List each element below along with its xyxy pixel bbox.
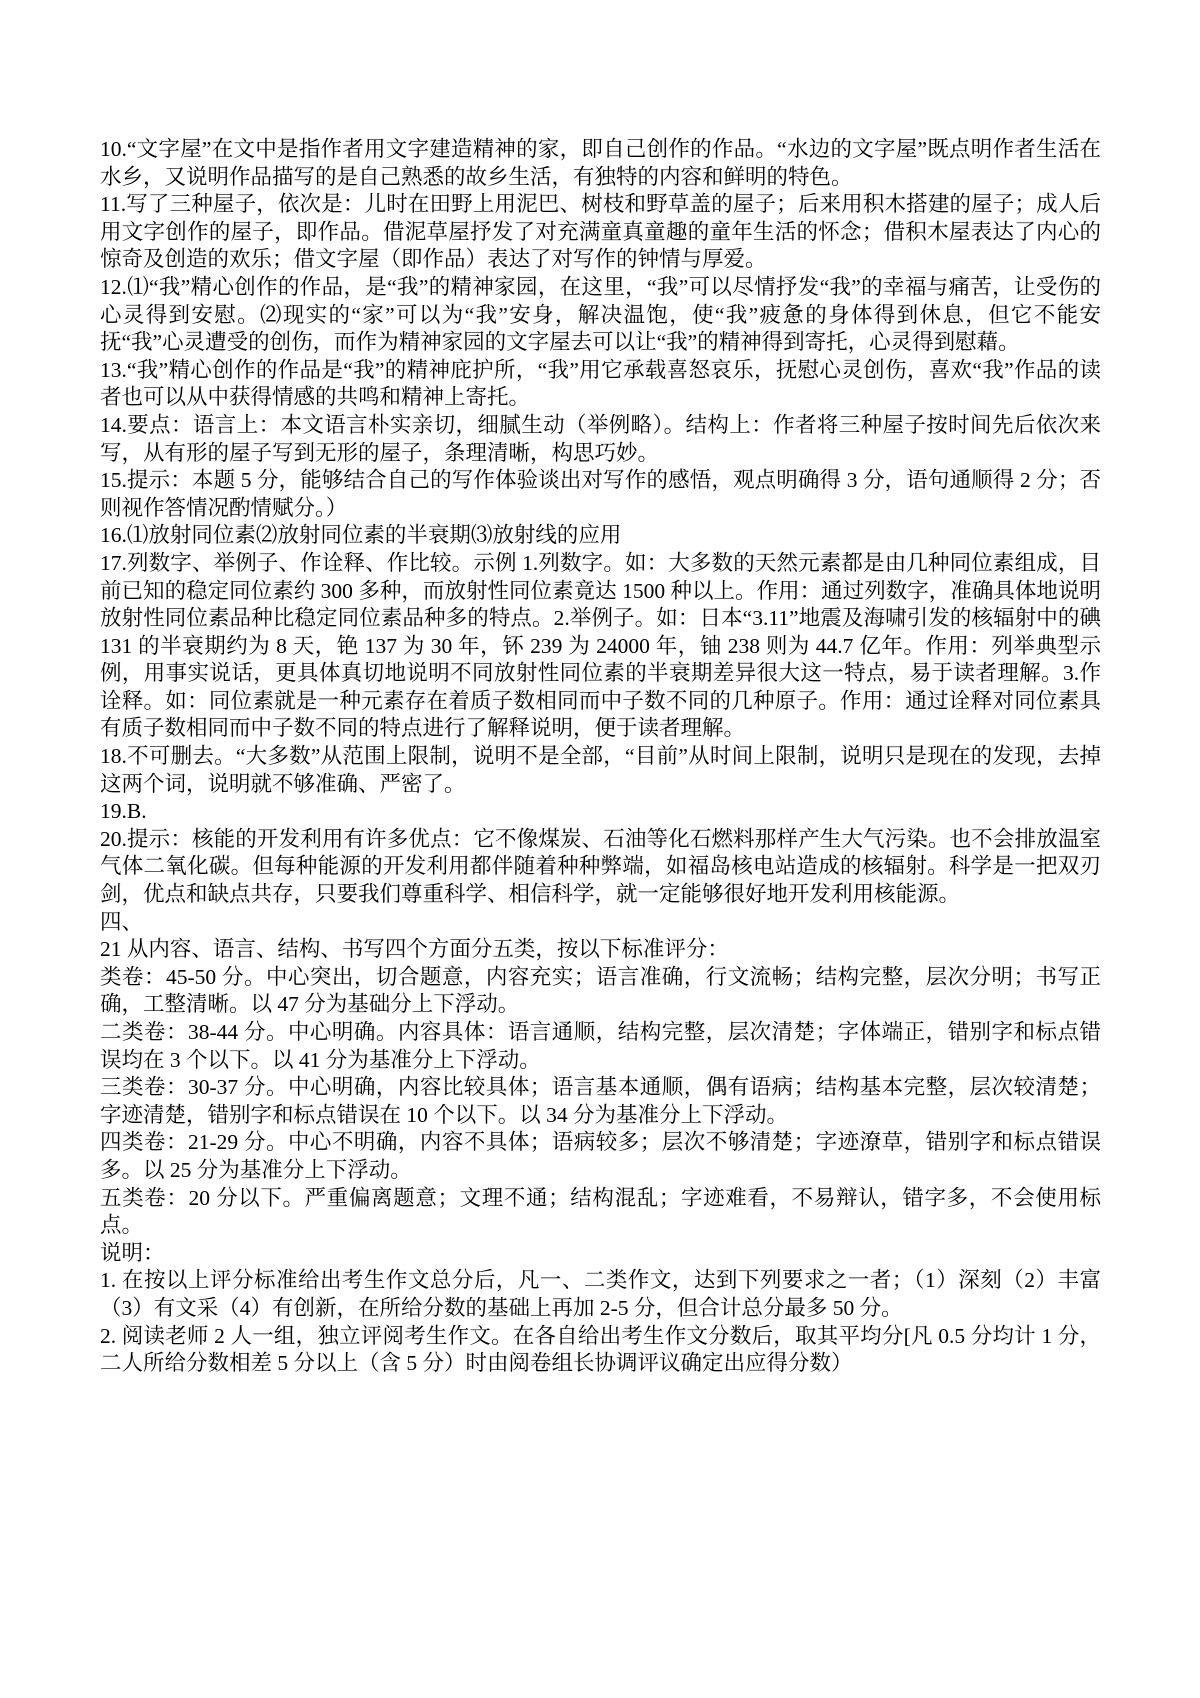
answer-item-17: 17.列数字、举例子、作诠释、作比较。示例 1.列数字。如：大多数的天然元素都是… [100,550,1101,743]
answer-item-16: 16.⑴放射同位素⑵放射同位素的半衰期⑶放射线的应用 [100,522,1101,550]
grade-category-4: 四类卷：21-29 分。中心不明确，内容不具体；语病较多；层次不够清楚；字迹潦草… [100,1129,1101,1184]
answer-item-11: 11.写了三种屋子，依次是：儿时在田野上用泥巴、树枝和野草盖的屋子；后来用积木搭… [100,191,1101,274]
answer-item-14: 14.要点：语言上：本文语言朴实亲切，细腻生动（举例略）。结构上：作者将三种屋子… [100,412,1101,467]
answer-item-13: 13.“我”精心创作的作品是“我”的精神庇护所，“我”用它承载喜怒哀乐，抚慰心灵… [100,357,1101,412]
notes-label: 说明： [100,1240,1101,1268]
grade-category-3: 三类卷：30-37 分。中心明确，内容比较具体；语言基本通顺，偶有语病；结构基本… [100,1074,1101,1129]
grade-category-5: 五类卷：20 分以下。严重偏离题意；文理不通；结构混乱；字迹难看，不易辩认，错字… [100,1185,1101,1240]
section-heading-four: 四、 [100,909,1101,937]
answer-key-text-block: 10.“文字屋”在文中是指作者用文字建造精神的家，即自己创作的作品。“水边的文字… [100,136,1101,1378]
answer-item-15: 15.提示：本题 5 分，能够结合自己的写作体验谈出对写作的感悟，观点明确得 3… [100,467,1101,522]
answer-item-21-intro: 21 从内容、语言、结构、书写四个方面分五类，按以下标准评分： [100,936,1101,964]
answer-item-18: 18.不可删去。“大多数”从范围上限制，说明不是全部，“目前”从时间上限制，说明… [100,743,1101,798]
note-item-1: 1. 在按以上评分标准给出考生作文总分后，凡一、二类作文，达到下列要求之一者；（… [100,1267,1101,1322]
document-page: 10.“文字屋”在文中是指作者用文字建造精神的家，即自己创作的作品。“水边的文字… [0,0,1200,1698]
grade-category-1: 类卷：45-50 分。中心突出，切合题意，内容充实；语言准确，行文流畅；结构完整… [100,964,1101,1019]
answer-item-20: 20.提示：核能的开发利用有许多优点：它不像煤炭、石油等化石燃料那样产生大气污染… [100,826,1101,909]
answer-item-10: 10.“文字屋”在文中是指作者用文字建造精神的家，即自己创作的作品。“水边的文字… [100,136,1101,191]
answer-item-19: 19.B. [100,798,1101,826]
grade-category-2: 二类卷：38-44 分。中心明确。内容具体：语言通顺，结构完整，层次清楚；字体端… [100,1019,1101,1074]
note-item-2: 2. 阅读老师 2 人一组，独立评阅考生作文。在各自给出考生作文分数后，取其平均… [100,1323,1101,1378]
answer-item-12: 12.⑴“我”精心创作的作品，是“我”的精神家园，在这里，“我”可以尽情抒发“我… [100,274,1101,357]
